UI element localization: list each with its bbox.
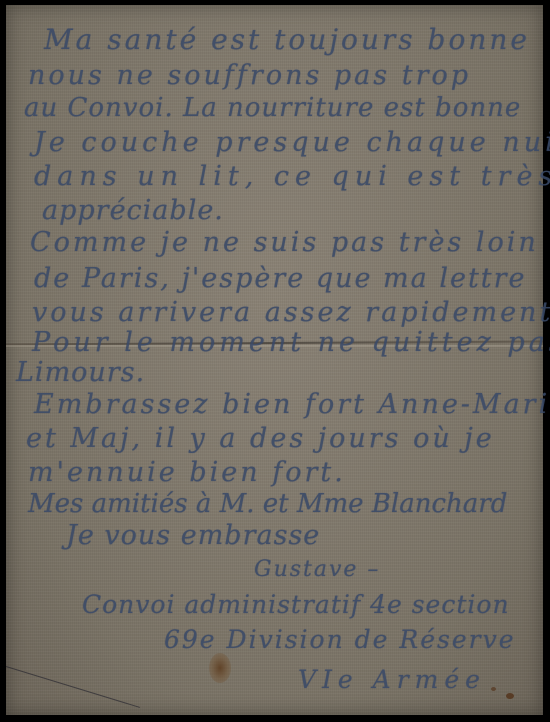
address-line-1: Convoi administratif 4e section [82, 590, 510, 619]
letter-line-11: Limours. [16, 357, 145, 388]
letter-line-1: Ma santé est toujours bonne [44, 23, 530, 56]
letter-page: Ma santé est toujours bonne nous ne souf… [6, 5, 543, 715]
ink-stain [209, 653, 231, 683]
letter-line-16: Je vous embrasse [66, 520, 320, 551]
address-line-3: VIe Armée [298, 665, 486, 694]
letter-line-7: Comme je ne suis pas très loin [30, 227, 539, 258]
letter-line-9: vous arrivera assez rapidement. [32, 297, 550, 328]
letter-line-13: et Maj, il y a des jours où je [26, 423, 495, 454]
letter-line-4: Je couche presque chaque nuit [34, 127, 550, 158]
letter-line-3: au Convoi. La nourriture est bonne [24, 93, 521, 123]
letter-line-5: dans un lit, ce qui est très [34, 161, 550, 192]
address-line-2: 69e Division de Réserve [164, 625, 516, 654]
bottom-crease [6, 666, 140, 708]
letter-line-2: nous ne souffrons pas trop [28, 60, 471, 91]
letter-line-15: Mes amitiés à M. et Mme Blanchard [28, 489, 507, 519]
signature: Gustave – [254, 557, 380, 582]
letter-line-8: de Paris, j'espère que ma lettre [34, 263, 527, 294]
letter-line-10: Pour le moment ne quittez pas [32, 327, 550, 358]
letter-line-12: Embrassez bien fort Anne-Marie [34, 389, 550, 420]
letter-line-14: m'ennuie bien fort. [28, 457, 346, 488]
letter-line-6: appréciable. [42, 195, 224, 226]
ink-stain [491, 687, 496, 691]
ink-stain [506, 693, 514, 699]
